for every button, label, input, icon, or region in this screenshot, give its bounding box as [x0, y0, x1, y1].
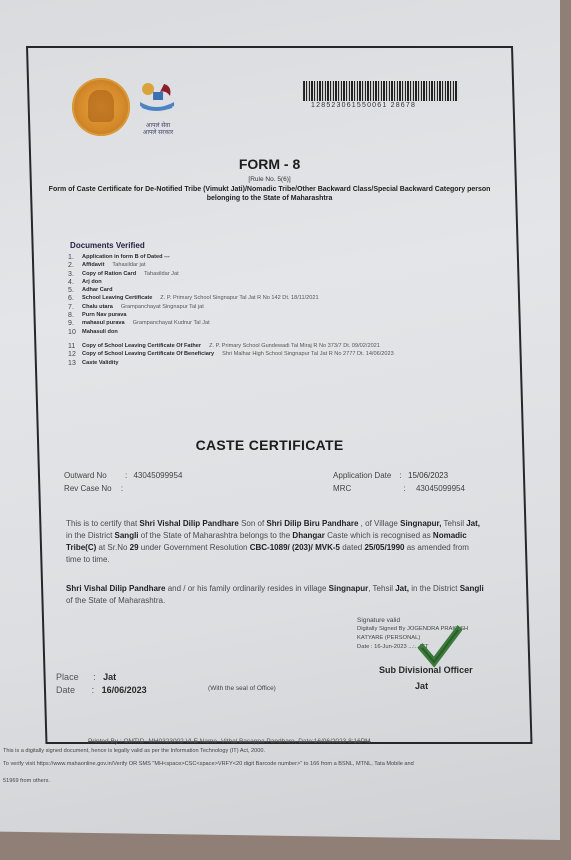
footer-legal-note: This is a digitally signed document, hen…	[3, 748, 265, 754]
document-item: 13Caste Validity	[68, 360, 508, 368]
rev-case-no-row: Rev Case No :	[64, 484, 123, 493]
certificate-border: आपलं सेवा आपले सरकार 128523061550061 286…	[26, 46, 532, 744]
mrc-label: MRC	[333, 484, 351, 493]
document-item-label: Affidavit	[82, 262, 104, 268]
seal-note: (With the seal of Office)	[208, 685, 276, 692]
document-item-number: 4.	[68, 279, 82, 286]
document-item-label: Copy of School Leaving Certificate Of Be…	[82, 351, 214, 357]
document-item-label: School Leaving Certificate	[82, 295, 152, 301]
green-checkmark-icon	[418, 624, 462, 668]
document-item-number: 11	[68, 343, 82, 350]
document-item: 5.Adhar Card	[68, 287, 508, 295]
document-item-number: 3.	[68, 271, 82, 278]
document-item-number: 1.	[68, 254, 82, 261]
document-item-detail: Tahasildar Jat	[144, 271, 179, 277]
document-item-label: Mahasuli don	[82, 329, 118, 335]
document-item-label: Copy of School Leaving Certificate Of Fa…	[82, 343, 201, 349]
serial-no: 29	[130, 543, 139, 552]
document-item-number: 2.	[68, 262, 82, 269]
place-value: Jat	[103, 672, 116, 682]
document-item-detail: Shri Malhar High School Singnapur Tal Ja…	[222, 351, 394, 358]
maharashtra-emblem-icon	[72, 78, 130, 136]
document-item-detail: Grampanchayat Singnapur Tal jat	[121, 304, 204, 310]
document-item: 1.Application in form B of Dated ---	[68, 254, 508, 262]
document-item-label: Caste Validity	[82, 360, 118, 366]
form-title: FORM - 8	[28, 156, 511, 172]
aaple-sarkar-logo-icon: आपलं सेवा आपले सरकार	[136, 80, 180, 138]
officer-designation: Sub Divisional Officer	[379, 665, 473, 675]
document-item-number: 9.	[68, 320, 82, 327]
date-row: Date : 16/06/2023	[56, 685, 147, 695]
officer-place: Jat	[415, 681, 428, 691]
barcode	[303, 81, 458, 101]
footer-verify-instructions-cont: 51969 from others.	[3, 778, 50, 784]
document-item-detail: Z. P. Primary School Singnapur Tal Jat R…	[160, 295, 318, 301]
resolution-date: 25/05/1990	[364, 543, 404, 552]
outward-no-label: Outward No	[64, 471, 107, 480]
applicant-name: Shri Vishal Dilip Pandhare	[139, 519, 238, 528]
footer-verify-instructions: To verify visit https://www.mahaonline.g…	[3, 761, 414, 767]
document-item-detail: Z. P. Primary School Gundewadi Tal Miraj…	[209, 343, 380, 350]
mrc-value: 43045099954	[416, 484, 465, 493]
document-item-label: Arj don	[82, 279, 102, 285]
document-item: 11Copy of School Leaving Certificate Of …	[68, 343, 508, 351]
document-item: 8.Purn Nav purava	[68, 312, 508, 320]
village: Singnapur,	[400, 519, 441, 528]
printed-by: Printed By : OMTID- MH0323002 VLE Name- …	[88, 738, 370, 745]
document-item-detail: Grampanchayat Kudnur Tal Jat	[133, 320, 210, 326]
documents-verified-heading: Documents Verified	[70, 241, 145, 250]
document-item-number: 10	[68, 329, 82, 336]
document-item: 10Mahasuli don	[68, 329, 508, 337]
caste: Dhangar	[292, 531, 324, 540]
document-item-label: Application in form B of Dated ---	[82, 254, 170, 260]
outward-no-row: Outward No : 43045099954	[64, 471, 182, 480]
date-value: 16/06/2023	[102, 685, 147, 695]
document-item: 7.Chalu utaraGrampanchayat Singnapur Tal…	[68, 304, 508, 312]
document-item-number: 5.	[68, 287, 82, 294]
document-item-number: 12	[68, 351, 82, 358]
application-date-label: Application Date	[333, 471, 391, 480]
document-item-number: 7.	[68, 304, 82, 311]
document-item-label: mahasul purava	[82, 320, 125, 326]
document-item: 12Copy of School Leaving Certificate Of …	[68, 351, 508, 359]
documents-verified-list: 1.Application in form B of Dated ---2.Af…	[68, 254, 508, 368]
document-item-number: 8.	[68, 312, 82, 319]
residence-paragraph: Shri Vishal Dilip Pandhare and / or his …	[66, 583, 486, 607]
form-description: Form of Caste Certificate for De-Notifie…	[48, 185, 491, 203]
document-item-label: Adhar Card	[82, 287, 112, 293]
document-item-label: Copy of Ration Card	[82, 271, 136, 277]
document-item: 2.AffidavitTahasildar jat	[68, 262, 508, 270]
government-resolution: CBC-1089/ (203)/ MVK-5	[250, 543, 340, 552]
rev-case-no-label: Rev Case No	[64, 484, 112, 493]
document-item-label: Purn Nav purava	[82, 312, 126, 318]
document-item-number: 13	[68, 360, 82, 367]
document-item-number: 6.	[68, 295, 82, 302]
place-row: Place : Jat	[56, 672, 116, 682]
application-date-value: 15/06/2023	[408, 471, 448, 480]
barcode-number: 128523061550061 28678	[311, 102, 416, 109]
document-item: 4.Arj don	[68, 279, 508, 287]
aaple-sarkar-caption: आपलं सेवा आपले सरकार	[136, 123, 180, 137]
form-rule: [Rule No. 5(6)]	[28, 176, 511, 183]
document-item: 6.School Leaving CertificateZ. P. Primar…	[68, 295, 508, 303]
document-item-label: Chalu utara	[82, 304, 113, 310]
certification-paragraph: This is to certify that Shri Vishal Dili…	[66, 518, 486, 566]
document-item: 9.mahasul puravaGrampanchayat Kudnur Tal…	[68, 320, 508, 328]
tehsil: Jat,	[466, 519, 480, 528]
father-name: Shri Dilip Biru Pandhare	[266, 519, 358, 528]
document-item: 3.Copy of Ration CardTahasildar Jat	[68, 271, 508, 279]
document-item-detail: Tahasildar jat	[112, 262, 145, 268]
caste-certificate-title: CASTE CERTIFICATE	[28, 437, 511, 453]
certificate-paper: आपलं सेवा आपले सरकार 128523061550061 286…	[0, 0, 560, 840]
outward-no-value: 43045099954	[133, 471, 182, 480]
district: Sangli	[115, 531, 139, 540]
mrc-row: MRC : 43045099954	[333, 484, 465, 493]
application-date-row: Application Date : 15/06/2023	[333, 471, 448, 480]
